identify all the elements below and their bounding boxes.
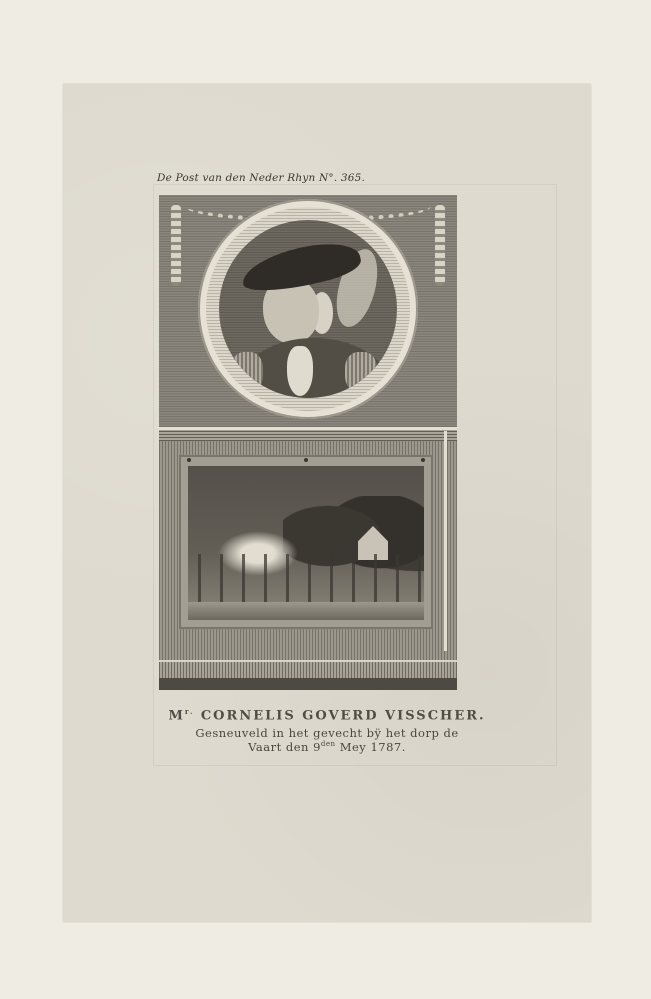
- subtitle-date-end: Mey 1787.: [336, 740, 406, 754]
- title-name: CORNELIS GOVERD VISSCHER.: [194, 708, 485, 723]
- scene-frame: [179, 455, 433, 629]
- subtitle-date-start: Vaart den 9: [248, 740, 321, 754]
- portrait-panel: [159, 195, 457, 427]
- garland-drop-left: [171, 205, 181, 285]
- portrait-image: [219, 220, 397, 398]
- paper-sheet: De Post van den Neder Rhyn N°. 365.: [63, 84, 591, 922]
- ground: [188, 602, 424, 620]
- pipe-ornament: [444, 431, 447, 651]
- garland-drop-right: [435, 205, 445, 285]
- epaulette-right: [345, 352, 377, 392]
- nail: [421, 458, 425, 462]
- jabot: [287, 346, 313, 396]
- series-caption: De Post van den Neder Rhyn N°. 365.: [157, 172, 365, 184]
- soldier-figures: [188, 554, 424, 606]
- battle-scene-image: [188, 466, 424, 620]
- subtitle-line-2: Vaart den 9den Mey 1787.: [63, 740, 591, 754]
- subtitle-line-1: Gesneuveld in het gevecht bÿ het dorp de: [63, 726, 591, 740]
- engraving: [159, 195, 457, 690]
- title-prefix: M: [168, 708, 184, 723]
- nail: [304, 458, 308, 462]
- base-ground: [159, 678, 457, 690]
- title-prefix-sup: r.: [185, 707, 194, 716]
- scene-panel: [159, 441, 457, 690]
- sitter-name: Mr. CORNELIS GOVERD VISSCHER.: [63, 707, 591, 723]
- nail: [187, 458, 191, 462]
- epaulette-left: [231, 352, 263, 392]
- subtitle-date-sup: den: [321, 740, 336, 748]
